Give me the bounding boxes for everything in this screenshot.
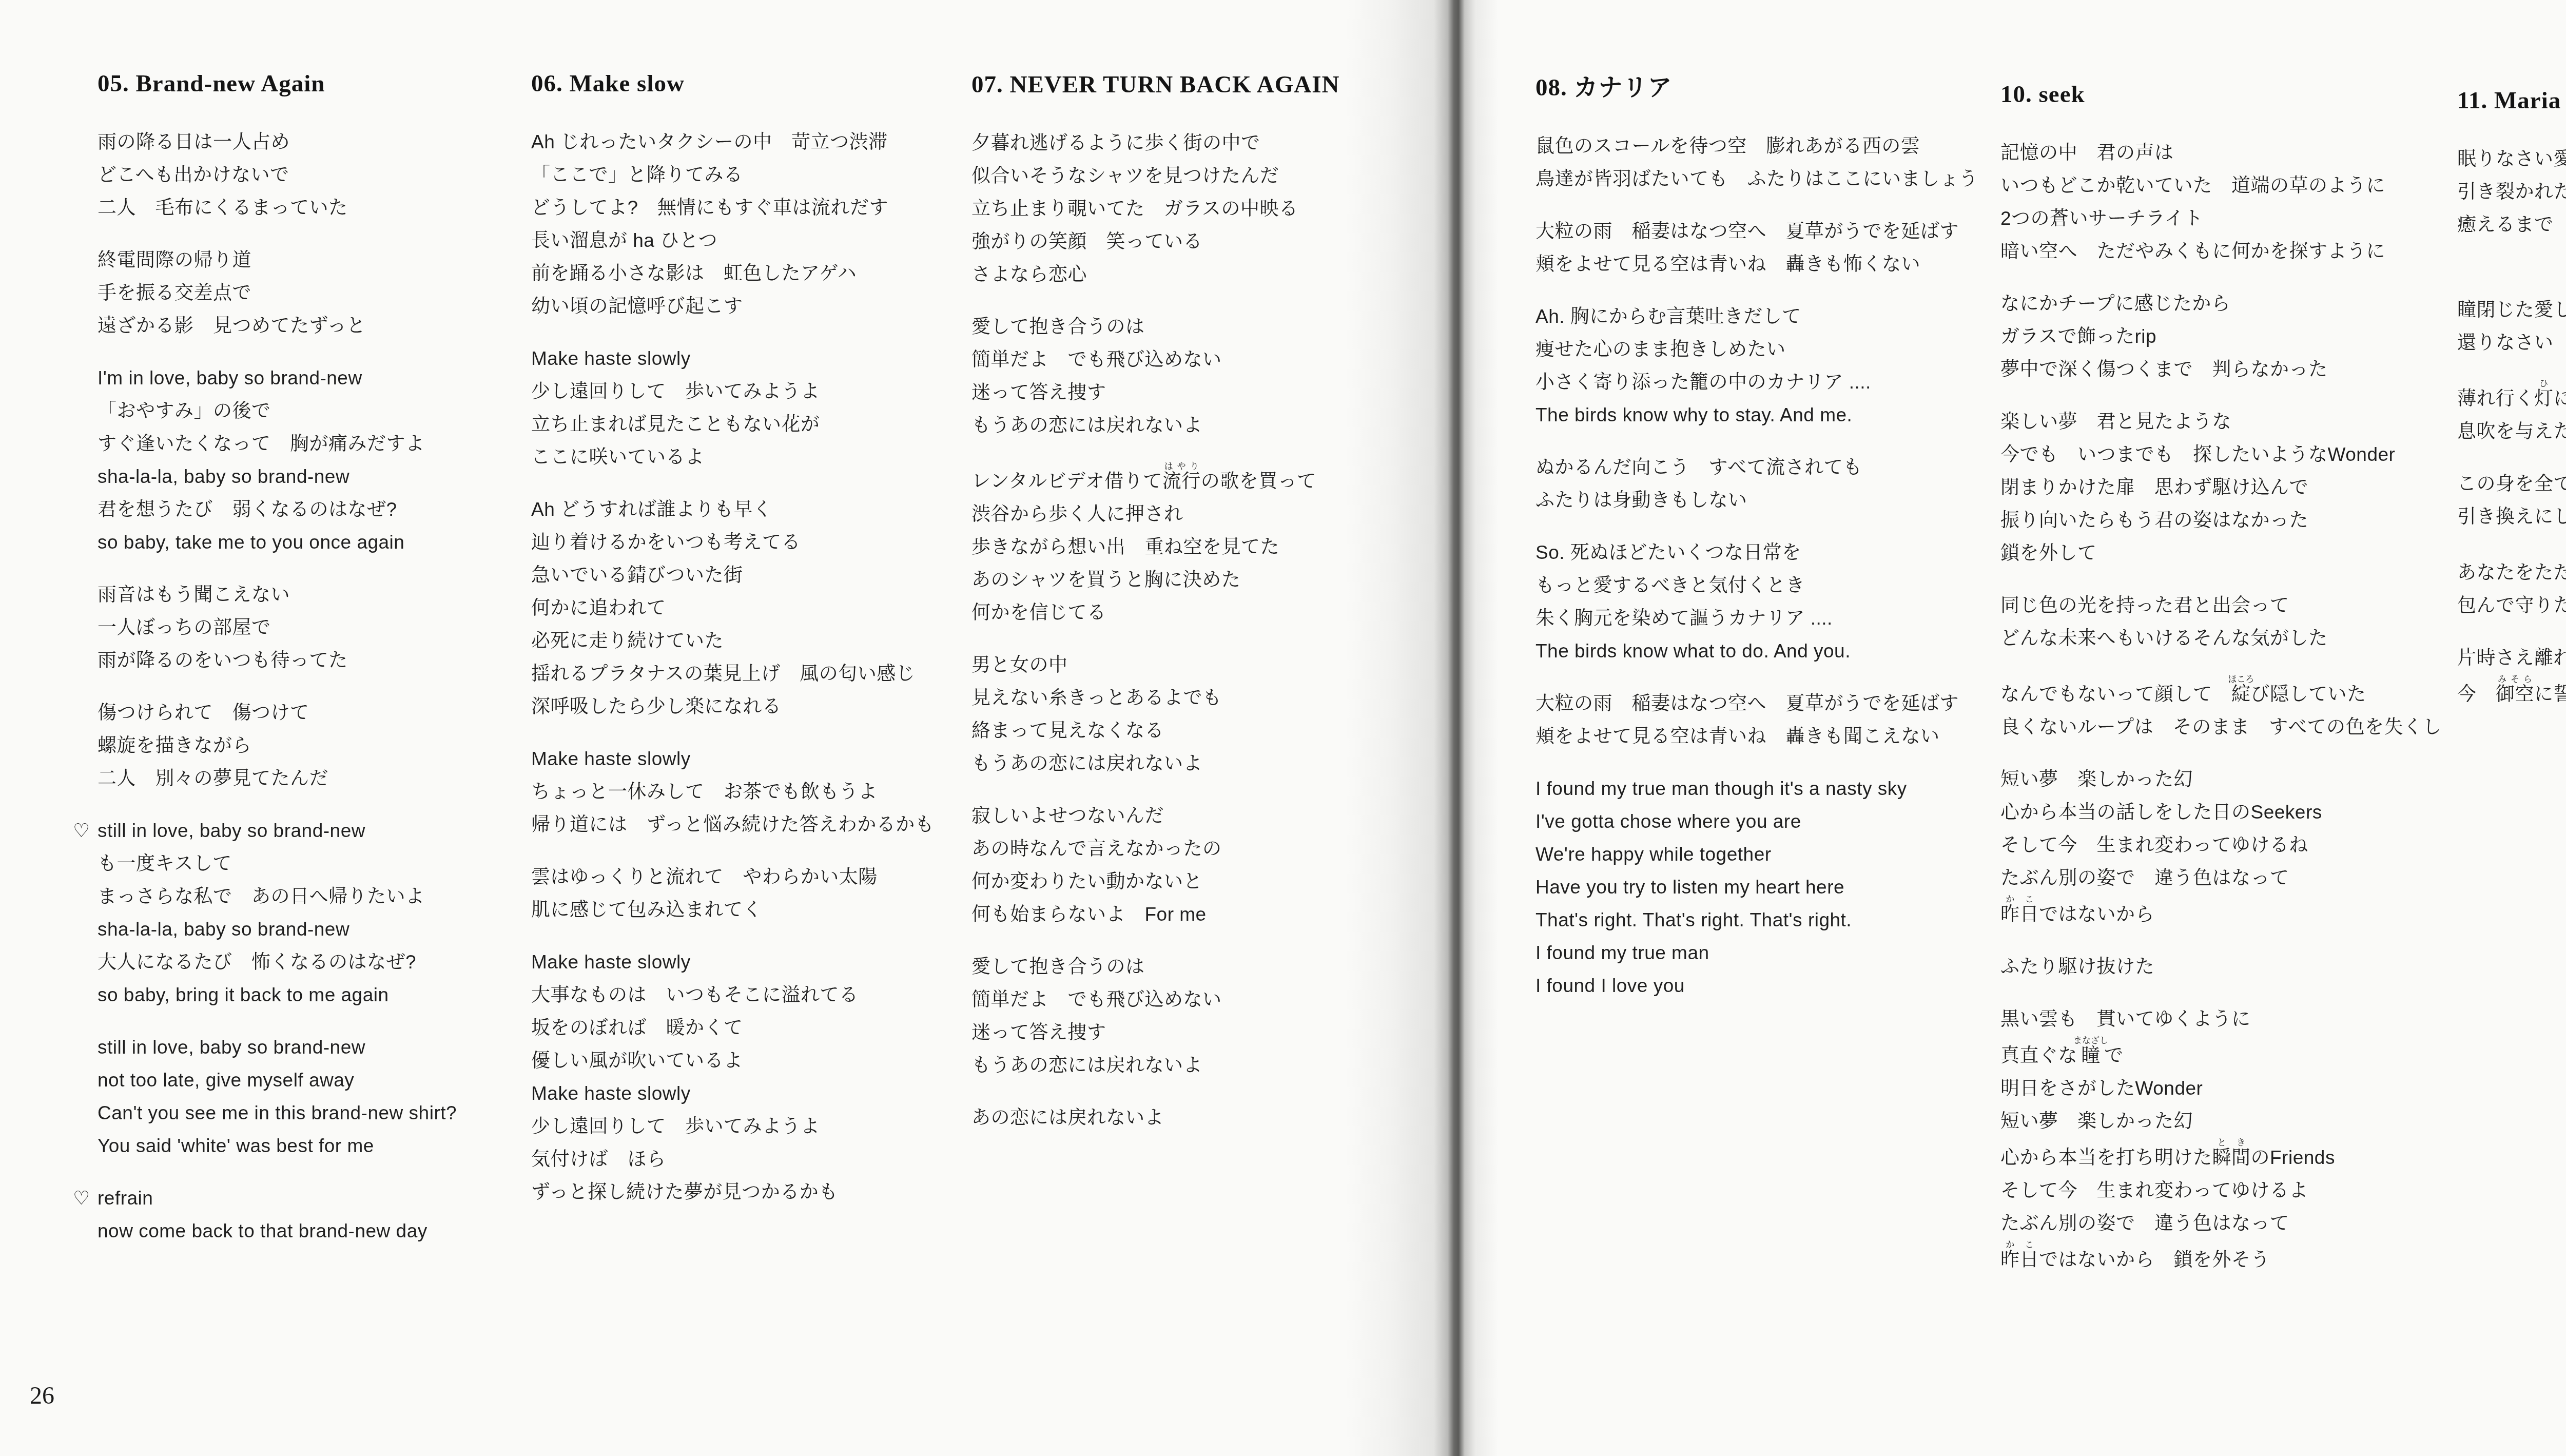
stanza: 男と女の中見えない糸きっとあるよでも絡まって見えなくなるもうあの恋には戻れないよ	[971, 649, 1423, 780]
song-column-07-never-turn-back-again: 07. NEVER TURN BACK AGAIN 夕暮れ逃げるように歩く街の中…	[971, 71, 1423, 1154]
lyric-line: 今でも いつまでも 探したいようなWonder	[2000, 438, 2473, 471]
stanza: Make haste slowly少し遠回りして 歩いてみようよ立ち止まれば見た…	[531, 342, 983, 474]
stanza: 眠りなさい愛しき人よ引き裂かれた片翼の羽根癒えるまで	[2457, 143, 2566, 241]
lyric-line: 引き裂かれた片翼の羽根	[2457, 176, 2566, 208]
song-column-06-make-slow: 06. Make slow Ah じれったいタクシーの中 苛立つ渋滞「ここで」と…	[531, 70, 983, 1228]
page-number-left: 26	[30, 1382, 54, 1410]
stanza: still in love, baby so brand-newnot too …	[98, 1031, 539, 1162]
song-lyrics-07: 夕暮れ逃げるように歩く街の中で似合いそうなシャツを見つけたんだ立ち止まり覗いてた…	[971, 127, 1423, 1134]
song-column-11-maria: 11. Maria 眠りなさい愛しき人よ引き裂かれた片翼の羽根癒えるまで瞳閉じた…	[2457, 87, 2566, 730]
song-column-10-seek: 10. seek 記憶の中 君の声はいつもどこか乾いていた 道端の草のように2つ…	[2000, 81, 2473, 1296]
stanza: Make haste slowlyちょっと一休みして お茶でも飲もうよ帰り道には…	[531, 743, 983, 841]
lyric-line: 寂しいよせつないんだ	[971, 800, 1423, 832]
song-title-07: 07. NEVER TURN BACK AGAIN	[971, 71, 1423, 98]
lyric-line: 振り向いたらもう君の姿はなかった	[2000, 504, 2473, 537]
stanza: 瞳閉じた愛しき人よ還りなさい 私の胸へ	[2457, 294, 2566, 359]
lyric-line: 片時さえ離れはしないと	[2457, 642, 2566, 674]
stanza: Make haste slowly大事なものは いつもそこに溢れてる坂をのぼれば…	[531, 946, 983, 1209]
lyric-line: I found I love you	[1535, 969, 2028, 1002]
lyric-line: Make haste slowly	[531, 743, 983, 775]
lyric-line: たぶん別の姿で 違う色はなって	[2000, 1207, 2473, 1240]
lyric-line: も一度キスして	[98, 847, 539, 880]
song-lyrics-08: 鼠色のスコールを待つ空 膨れあがる西の雲鳥達が皆羽ばたいても ふたりはここにいま…	[1535, 130, 2028, 1002]
lyric-line: You said 'white' was best for me	[98, 1130, 539, 1162]
lyric-line: 昨日かこではないから	[2000, 895, 2473, 931]
stanza: 夕暮れ逃げるように歩く街の中で似合いそうなシャツを見つけたんだ立ち止まり覗いてた…	[971, 127, 1423, 291]
lyric-line: I'm in love, baby so brand-new	[98, 362, 539, 395]
lyric-line: The birds know why to stay. And me.	[1535, 399, 2028, 432]
lyric-line: ♡ still in love, baby so brand-new	[98, 814, 539, 847]
lyric-line: 息吹を与えたまえ	[2457, 415, 2566, 448]
lyric-line: ふたりは身動きもしない	[1535, 484, 2028, 517]
stanza: あなたをただこの腕かいなで包んで守りたい	[2457, 553, 2566, 622]
lyric-line: そして今 生まれ変わってゆけるね	[2000, 829, 2473, 862]
lyric-line: I found my true man	[1535, 937, 2028, 969]
lyric-line: 大事なものは いつもそこに溢れてる	[531, 979, 983, 1012]
lyric-line: 一人ぼっちの部屋で	[98, 611, 539, 644]
stanza: ♡ still in love, baby so brand-newも一度キスし…	[98, 814, 539, 1012]
lyric-line: 大粒の雨 稲妻はなつ空へ 夏草がうでを延ばす	[1535, 215, 2028, 248]
lyric-line: 帰り道には ずっと悩み続けた答えわかるかも	[531, 808, 983, 841]
stanza: あの恋には戻れないよ	[971, 1101, 1423, 1134]
lyric-line: 長い溜息が ha ひとつ	[531, 224, 983, 257]
stanza: Ah じれったいタクシーの中 苛立つ渋滞「ここで」と降りてみるどうしてよ? 無情…	[531, 126, 983, 323]
lyric-line: 迷って答え捜す	[971, 1016, 1423, 1049]
lyric-line: 少し遠回りして 歩いてみようよ	[531, 375, 983, 408]
stanza: 愛して抱き合うのは簡単だよ でも飛び込めない迷って答え捜すもうあの恋には戻れない…	[971, 310, 1423, 442]
stanza: 寂しいよせつないんだあの時なんで言えなかったの何か変わりたい動かないと何も始まら…	[971, 800, 1423, 931]
lyric-line: この身を全てを	[2457, 468, 2566, 500]
lyric-line: すぐ逢いたくなって 胸が痛みだすよ	[98, 428, 539, 460]
lyric-line: 暗い空へ ただやみくもに何かを探すように	[2000, 235, 2473, 268]
stanza: 記憶の中 君の声はいつもどこか乾いていた 道端の草のように2つの蒼いサーチライト…	[2000, 137, 2473, 268]
stanza: 同じ色の光を持った君と出会ってどんな未来へもいけるそんな気がした	[2000, 589, 2473, 655]
lyric-line: 愛して抱き合うのは	[971, 310, 1423, 343]
furigana-ruby: 瞳まなざし	[2077, 1045, 2104, 1066]
lyric-line: 何かを信じてる	[971, 596, 1423, 629]
lyric-line: 黒い雲も 貫いてゆくように	[2000, 1003, 2473, 1036]
lyric-line: Ah どうすれば誰よりも早く	[531, 493, 983, 526]
lyric-line: 頬をよせて見る空は青いね 轟きも怖くない	[1535, 248, 2028, 281]
lyric-line: さよなら恋心	[971, 258, 1423, 291]
lyric-line: 頬をよせて見る空は青いね 轟きも聞こえない	[1535, 720, 2028, 753]
stanza: 薄れ行く灯ひに再び息吹を与えたまえ	[2457, 379, 2566, 448]
lyric-line: 包んで守りたい	[2457, 589, 2566, 622]
lyric-line: The birds know what to do. And you.	[1535, 635, 2028, 668]
lyric-line: 還りなさい 私の胸へ	[2457, 326, 2566, 359]
lyric-line: 明日をさがしたWonder	[2000, 1072, 2473, 1105]
booklet-spread: { "page": { "left_number": "26", "right_…	[0, 0, 2566, 1456]
lyric-line: もっと愛するべきと気付くとき	[1535, 569, 2028, 602]
furigana-ruby: 綻ほころ	[2231, 684, 2251, 705]
lyric-line: Ah. 胸にからむ言葉吐きだして	[1535, 300, 2028, 333]
lyric-line: ずっと探し続けた夢が見つかるかも	[531, 1176, 983, 1209]
stanza: I'm in love, baby so brand-new「おやすみ」の後です…	[98, 362, 539, 559]
lyric-line: sha-la-la, baby so brand-new	[98, 913, 539, 946]
lyric-line: 大粒の雨 稲妻はなつ空へ 夏草がうでを延ばす	[1535, 687, 2028, 720]
lyric-line: 夢中で深く傷つくまで 判らなかった	[2000, 353, 2473, 386]
furigana-ruby: 昨日かこ	[2000, 904, 2039, 925]
lyric-line: 愛して抱き合うのは	[971, 950, 1423, 983]
stanza: 大粒の雨 稲妻はなつ空へ 夏草がうでを延ばす頬をよせて見る空は青いね 轟きも怖く…	[1535, 215, 2028, 281]
lyric-line: 二人 別々の夢見てたんだ	[98, 762, 539, 795]
lyric-line: 楽しい夢 君と見たような	[2000, 405, 2473, 438]
lyric-line: 夕暮れ逃げるように歩く街の中で	[971, 127, 1423, 160]
stanza: 楽しい夢 君と見たような今でも いつまでも 探したいようなWonder閉まりかけ…	[2000, 405, 2473, 570]
stanza: I found my true man though it's a nasty …	[1535, 772, 2028, 1002]
stanza: So. 死ぬほどたいくつな日常をもっと愛するべきと気付くとき朱く胸元を染めて謳う…	[1535, 536, 2028, 668]
lyric-line: 幼い頃の記憶呼び起こす	[531, 290, 983, 323]
lyric-line: 肌に感じて包み込まれてく	[531, 894, 983, 926]
lyric-line: 昨日かこではないから 鎖を外そう	[2000, 1240, 2473, 1276]
stanza: 愛して抱き合うのは簡単だよ でも飛び込めない迷って答え捜すもうあの恋には戻れない…	[971, 950, 1423, 1082]
lyric-line: 良くないループは そのまま すべての色を失くし	[2000, 711, 2473, 744]
stanza: 短い夢 楽しかった幻心から本当の話しをした日のSeekersそして今 生まれ変わ…	[2000, 763, 2473, 931]
lyric-line: たぶん別の姿で 違う色はなって	[2000, 862, 2473, 895]
stanza: レンタルビデオ借りて流行はやりの歌を買って渋谷から歩く人に押され歩きながら想い出…	[971, 461, 1423, 629]
lyric-line: どうしてよ? 無情にもすぐ車は流れだす	[531, 191, 983, 224]
stanza: なにかチープに感じたからガラスで飾ったrip夢中で深く傷つくまで 判らなかった	[2000, 287, 2473, 386]
song-title-08: 08. カナリア	[1535, 74, 2028, 101]
stanza: 雨の降る日は一人占めどこへも出かけないで二人 毛布にくるまっていた	[98, 126, 539, 224]
song-title-06: 06. Make slow	[531, 70, 983, 97]
furigana-ruby: 瞬間とき	[2212, 1147, 2251, 1168]
lyric-line: 簡単だよ でも飛び込めない	[971, 983, 1423, 1016]
lyric-line: そして今 生まれ変わってゆけるよ	[2000, 1174, 2473, 1207]
lyric-line: いつもどこか乾いていた 道端の草のように	[2000, 169, 2473, 202]
lyric-line: 記憶の中 君の声は	[2000, 137, 2473, 169]
lyric-line: 朱く胸元を染めて謳うカナリア ....	[1535, 602, 2028, 635]
furigana-ruby: 御空みそら	[2496, 684, 2534, 705]
song-column-05-brand-new-again: 05. Brand-new Again 雨の降る日は一人占めどこへも出かけないで…	[98, 70, 539, 1267]
lyric-line: so baby, bring it back to me again	[98, 979, 539, 1012]
lyric-line: 何か変わりたい動かないと	[971, 865, 1423, 898]
lyric-line: 絡まって見えなくなる	[971, 714, 1423, 747]
lyric-line: 揺れるプラタナスの葉見上げ 風の匂い感じ	[531, 657, 983, 690]
lyric-line: 雨の降る日は一人占め	[98, 126, 539, 159]
lyric-line: 真直ぐな瞳まなざしで	[2000, 1036, 2473, 1072]
lyric-line: 短い夢 楽しかった幻	[2000, 1105, 2473, 1138]
song-lyrics-11: 眠りなさい愛しき人よ引き裂かれた片翼の羽根癒えるまで瞳閉じた愛しき人よ還りなさい…	[2457, 143, 2566, 711]
lyric-line: 手を振る交差点で	[98, 277, 539, 309]
lyric-line: 閉まりかけた扉 思わず駆け込んで	[2000, 471, 2473, 504]
stanza: 大粒の雨 稲妻はなつ空へ 夏草がうでを延ばす頬をよせて見る空は青いね 轟きも聞こ…	[1535, 687, 2028, 753]
stanza: ♡ refrainnow come back to that brand-new…	[98, 1182, 539, 1248]
furigana-ruby: 灯ひ	[2534, 388, 2554, 409]
lyric-line: もうあの恋には戻れないよ	[971, 747, 1423, 780]
lyric-line: 癒えるまで	[2457, 208, 2566, 241]
lyric-line: 瞳閉じた愛しき人よ	[2457, 294, 2566, 326]
lyric-line: 薄れ行く灯ひに再び	[2457, 379, 2566, 415]
lyric-line: どこへも出かけないで	[98, 159, 539, 191]
lyric-line: 「おやすみ」の後で	[98, 395, 539, 428]
lyric-line: 立ち止まり覗いてた ガラスの中映る	[971, 192, 1423, 225]
lyric-line: 心から本当を打ち明けた瞬間ときのFriends	[2000, 1138, 2473, 1174]
lyric-line: まっさらな私で あの日へ帰りたいよ	[98, 880, 539, 913]
stanza: 黒い雲も 貫いてゆくように真直ぐな瞳まなざしで明日をさがしたWonder短い夢 …	[2000, 1003, 2473, 1276]
lyric-line: I found my true man though it's a nasty …	[1535, 772, 2028, 805]
song-title-05: 05. Brand-new Again	[98, 70, 539, 97]
lyric-line: あの時なんで言えなかったの	[971, 832, 1423, 865]
furigana-ruby: 昨日かこ	[2000, 1249, 2039, 1270]
lyric-line: あの恋には戻れないよ	[971, 1101, 1423, 1134]
lyric-line: 鳥達が皆羽ばたいても ふたりはここにいましょう	[1535, 163, 2028, 196]
lyric-line: sha-la-la, baby so brand-new	[98, 460, 539, 493]
lyric-line: 必死に走り続けていた	[531, 625, 983, 657]
lyric-line: 同じ色の光を持った君と出会って	[2000, 589, 2473, 622]
stanza: 雲はゆっくりと流れて やわらかい太陽肌に感じて包み込まれてく	[531, 861, 983, 926]
lyric-line: 迷って答え捜す	[971, 376, 1423, 409]
lyric-line: あのシャツを買うと胸に決めた	[971, 564, 1423, 596]
lyric-line: ぬかるんだ向こう すべて流されても	[1535, 451, 2028, 484]
lyric-line: 二人 毛布にくるまっていた	[98, 191, 539, 224]
lyric-line: ちょっと一休みして お茶でも飲もうよ	[531, 775, 983, 808]
lyric-line: 引き換えにしても悔やまぬ	[2457, 500, 2566, 533]
lyric-line: ♡ refrain	[98, 1182, 539, 1215]
lyric-line: 似合いそうなシャツを見つけたんだ	[971, 160, 1423, 192]
lyric-line: not too late, give myself away	[98, 1064, 539, 1097]
lyric-line: 渋谷から歩く人に押され	[971, 498, 1423, 531]
song-title-10: 10. seek	[2000, 81, 2473, 108]
lyric-line: もうあの恋には戻れないよ	[971, 1049, 1423, 1082]
lyric-line: 気付けば ほら	[531, 1143, 983, 1176]
lyric-line: 心から本当の話しをした日のSeekers	[2000, 796, 2473, 829]
lyric-line: 2つの蒼いサーチライト	[2000, 202, 2473, 235]
lyric-line: 遠ざかる影 見つめてたずっと	[98, 309, 539, 342]
lyric-line: 深呼吸したら少し楽になれる	[531, 690, 983, 723]
lyric-line: 君を想うたび 弱くなるのはなぜ?	[98, 493, 539, 526]
lyric-line: 鎖を外して	[2000, 537, 2473, 570]
lyric-line: なんでもないって顔して 綻ほころび隠していた	[2000, 674, 2473, 711]
lyric-line: 「ここで」と降りてみる	[531, 159, 983, 191]
lyric-line: 少し遠回りして 歩いてみようよ	[531, 1110, 983, 1143]
stanza: ぬかるんだ向こう すべて流されてもふたりは身動きもしない	[1535, 451, 2028, 517]
lyric-line: 小さく寄り添った籠の中のカナリア ....	[1535, 366, 2028, 399]
lyric-line: 急いでいる錆びついた街	[531, 559, 983, 592]
stanza: ふたり駆け抜けた	[2000, 950, 2473, 983]
lyric-line: 簡単だよ でも飛び込めない	[971, 343, 1423, 376]
lyric-line: 強がりの笑顔 笑っている	[971, 225, 1423, 258]
lyric-line: 立ち止まれば見たこともない花が	[531, 408, 983, 441]
lyric-line: 辿り着けるかをいつも考えてる	[531, 526, 983, 559]
lyric-line: 大人になるたび 怖くなるのはなぜ?	[98, 946, 539, 979]
lyric-line: 鼠色のスコールを待つ空 膨れあがる西の雲	[1535, 130, 2028, 163]
lyric-line: Ah じれったいタクシーの中 苛立つ渋滞	[531, 126, 983, 159]
lyric-line: あなたをただこの腕かいなで	[2457, 553, 2566, 589]
lyric-line: 前を踊る小さな影は 虹色したアゲハ	[531, 257, 983, 290]
lyric-line: 終電間際の帰り道	[98, 244, 539, 277]
stanza: 終電間際の帰り道手を振る交差点で遠ざかる影 見つめてたずっと	[98, 244, 539, 342]
stanza: 雨音はもう聞こえない一人ぼっちの部屋で雨が降るのをいつも待ってた	[98, 578, 539, 677]
lyric-line: ここに咲いているよ	[531, 441, 983, 474]
lyric-line: Make haste slowly	[531, 1077, 983, 1110]
lyric-line: now come back to that brand-new day	[98, 1215, 539, 1248]
lyric-line: 何も始まらないよ For me	[971, 898, 1423, 931]
lyric-line: もうあの恋には戻れないよ	[971, 409, 1423, 442]
lyric-line: 雲はゆっくりと流れて やわらかい太陽	[531, 861, 983, 894]
lyric-line: 短い夢 楽しかった幻	[2000, 763, 2473, 796]
lyric-line: 雨が降るのをいつも待ってた	[98, 644, 539, 677]
heart-mark: ♡	[73, 1182, 98, 1215]
stanza: Ah どうすれば誰よりも早く辿り着けるかをいつも考えてる急いでいる錆びついた街何…	[531, 493, 983, 723]
lyric-line: I've gotta chose where you are	[1535, 805, 2028, 838]
lyric-line: 何かに追われて	[531, 592, 983, 625]
lyric-line: 雨音はもう聞こえない	[98, 578, 539, 611]
lyric-line: 螺旋を描きながら	[98, 729, 539, 762]
lyric-line: Can't you see me in this brand-new shirt…	[98, 1097, 539, 1130]
song-title-11: 11. Maria	[2457, 87, 2566, 114]
stanza: 片時さえ離れはしないと今 御空みそらに誓って	[2457, 642, 2566, 711]
furigana-ruby: 流行はやり	[1162, 471, 1201, 492]
stanza: この身を全てを引き換えにしても悔やまぬ	[2457, 468, 2566, 533]
lyric-line: 見えない糸きっとあるよでも	[971, 682, 1423, 714]
stanza: Ah. 胸にからむ言葉吐きだして痩せた心のまま抱きしめたい小さく寄り添った籠の中…	[1535, 300, 2028, 432]
heart-mark: ♡	[73, 814, 98, 847]
stanza: なんでもないって顔して 綻ほころび隠していた良くないループは そのまま すべての…	[2000, 674, 2473, 744]
lyric-line: 痩せた心のまま抱きしめたい	[1535, 333, 2028, 366]
song-lyrics-05: 雨の降る日は一人占めどこへも出かけないで二人 毛布にくるまっていた終電間際の帰り…	[98, 126, 539, 1248]
song-lyrics-10: 記憶の中 君の声はいつもどこか乾いていた 道端の草のように2つの蒼いサーチライト…	[2000, 137, 2473, 1276]
lyric-line: 坂をのぼれば 暖かくて	[531, 1012, 983, 1044]
song-lyrics-06: Ah じれったいタクシーの中 苛立つ渋滞「ここで」と降りてみるどうしてよ? 無情…	[531, 126, 983, 1209]
lyric-line: 優しい風が吹いているよ	[531, 1044, 983, 1077]
lyric-line: That's right. That's right. That's right…	[1535, 904, 2028, 937]
lyric-line: 傷つけられて 傷つけて	[98, 696, 539, 729]
lyric-line: レンタルビデオ借りて流行はやりの歌を買って	[971, 461, 1423, 498]
lyric-line: so baby, take me to you once again	[98, 526, 539, 559]
lyric-line: 歩きながら想い出 重ね空を見てた	[971, 531, 1423, 564]
stanza: 鼠色のスコールを待つ空 膨れあがる西の雲鳥達が皆羽ばたいても ふたりはここにいま…	[1535, 130, 2028, 196]
lyric-line: So. 死ぬほどたいくつな日常を	[1535, 536, 2028, 569]
lyric-line: Make haste slowly	[531, 342, 983, 375]
lyric-line: We're happy while together	[1535, 838, 2028, 871]
lyric-line: 眠りなさい愛しき人よ	[2457, 143, 2566, 176]
lyric-line: どんな未来へもいけるそんな気がした	[2000, 622, 2473, 655]
song-column-08-canaria: 08. カナリア 鼠色のスコールを待つ空 膨れあがる西の雲鳥達が皆羽ばたいても …	[1535, 74, 2028, 1022]
lyric-line: 今 御空みそらに誓って	[2457, 674, 2566, 711]
lyric-line: Have you try to listen my heart here	[1535, 871, 2028, 904]
lyric-line: 男と女の中	[971, 649, 1423, 682]
lyric-line: Make haste slowly	[531, 946, 983, 979]
lyric-line: ふたり駆け抜けた	[2000, 950, 2473, 983]
lyric-line: still in love, baby so brand-new	[98, 1031, 539, 1064]
stanza	[2457, 261, 2566, 294]
lyric-line: ガラスで飾ったrip	[2000, 320, 2473, 353]
lyric-line: なにかチープに感じたから	[2000, 287, 2473, 320]
stanza: 傷つけられて 傷つけて螺旋を描きながら二人 別々の夢見てたんだ	[98, 696, 539, 795]
